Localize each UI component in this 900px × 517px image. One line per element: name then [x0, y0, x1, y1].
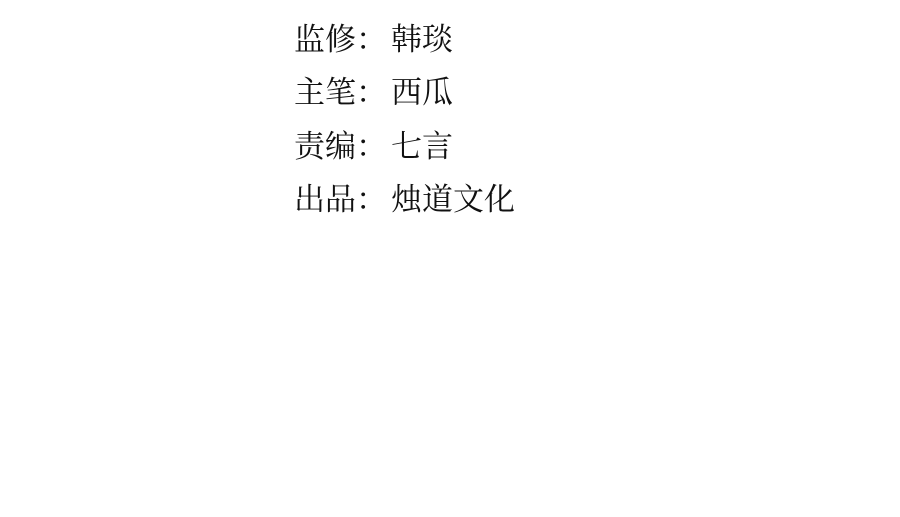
- credit-label: [294, 0, 391, 14]
- credit-row-editor: 责编： 七言: [294, 121, 515, 175]
- credit-row-producer: 出品： 烛道文化: [294, 174, 515, 228]
- credit-label: 监修：: [294, 14, 391, 68]
- credit-row-lead-artist: 主笔： 西瓜: [294, 67, 515, 121]
- credit-label: 出品：: [294, 174, 391, 228]
- credits-list: 监修： 韩琰 主笔： 西瓜 责编： 七言 出品： 烛道文化: [294, 0, 515, 228]
- credit-label: 责编：: [294, 121, 391, 175]
- credit-value: 韩琰: [391, 14, 453, 68]
- credit-value: 烛道文化: [391, 174, 515, 228]
- credit-value: 七言: [391, 121, 453, 175]
- credit-row-supervisor: 监修： 韩琰: [294, 14, 515, 68]
- credit-label: 主笔：: [294, 67, 391, 121]
- credit-value: 西瓜: [391, 67, 453, 121]
- credit-row-cut-off: [294, 0, 515, 14]
